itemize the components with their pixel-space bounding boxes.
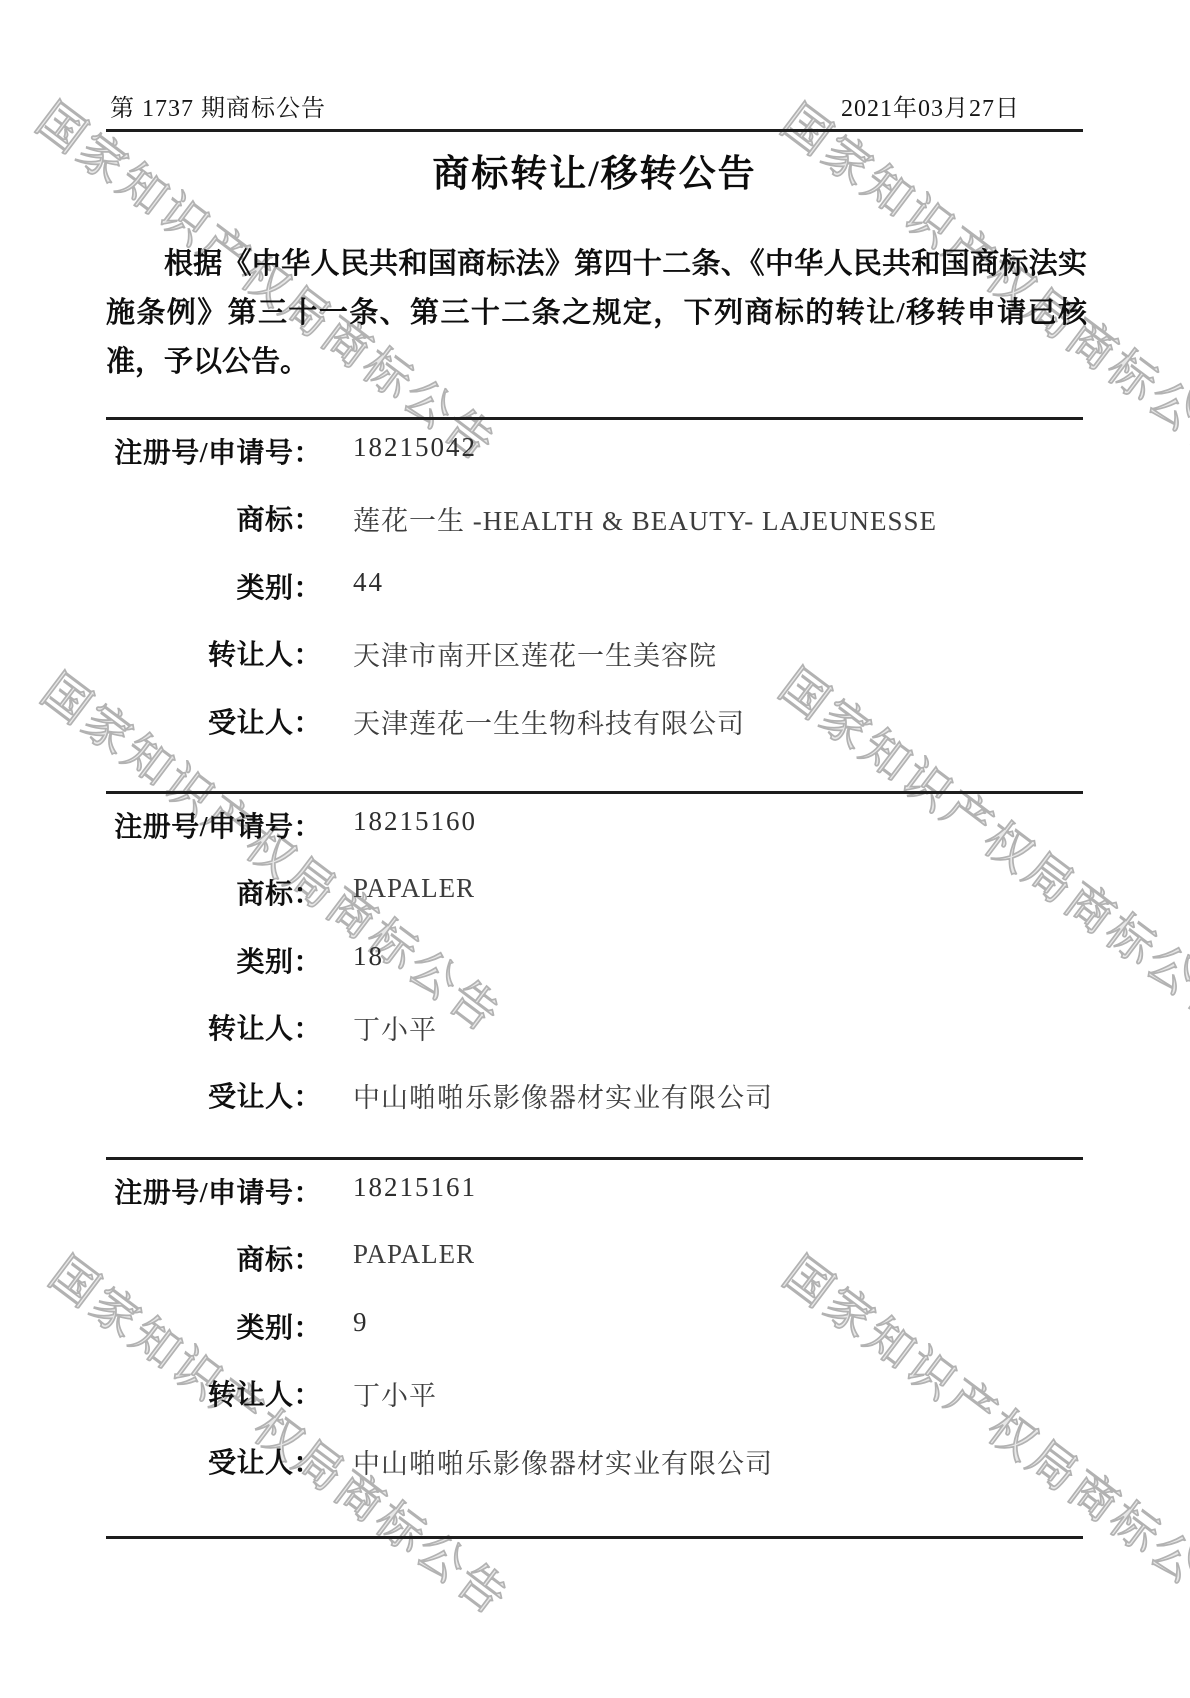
assignee-label: 受让人： — [106, 1075, 322, 1115]
gazette-issue-number: 第 1737 期商标公告 — [110, 88, 326, 123]
trademark-label: 商标： — [106, 1238, 322, 1278]
record-field-assignor: 转让人： 丁小平 — [106, 1007, 1087, 1041]
trademark-label: 商标： — [106, 872, 322, 912]
trademark-value: PAPALER — [353, 873, 475, 904]
class-label: 类别： — [106, 566, 322, 606]
record-field-class: 类别： 18 — [106, 940, 1087, 974]
class-value: 18 — [353, 941, 384, 972]
reg-no-value: 18215042 — [353, 432, 477, 463]
class-value: 44 — [353, 567, 384, 598]
trademark-label: 商标： — [106, 498, 322, 538]
record-field-reg-no: 注册号/申请号： 18215161 — [106, 1171, 1087, 1205]
record-field-assignor: 转让人： 天津市南开区莲花一生美容院 — [106, 633, 1087, 667]
record-field-assignee: 受让人： 中山啪啪乐影像器材实业有限公司 — [106, 1075, 1087, 1109]
reg-no-label: 注册号/申请号： — [106, 1171, 322, 1211]
record-divider — [106, 791, 1083, 794]
record-divider — [106, 1157, 1083, 1160]
record-field-class: 类别： 9 — [106, 1306, 1087, 1340]
record-field-reg-no: 注册号/申请号： 18215042 — [106, 431, 1087, 465]
record-divider — [106, 417, 1083, 420]
record-field-assignee: 受让人： 中山啪啪乐影像器材实业有限公司 — [106, 1441, 1087, 1475]
assignor-value: 丁小平 — [353, 1374, 437, 1413]
bottom-divider — [106, 1536, 1083, 1539]
assignee-value: 中山啪啪乐影像器材实业有限公司 — [353, 1076, 773, 1115]
class-label: 类别： — [106, 940, 322, 980]
trademark-record: 注册号/申请号： 18215161 商标： PAPALER 类别： 9 转让人：… — [106, 1157, 1087, 1531]
record-field-assignor: 转让人： 丁小平 — [106, 1373, 1087, 1407]
trademark-record: 注册号/申请号： 18215042 商标： 莲花一生 -HEALTH & BEA… — [106, 417, 1087, 791]
trademark-value: PAPALER — [353, 1239, 475, 1270]
trademark-record: 注册号/申请号： 18215160 商标： PAPALER 类别： 18 转让人… — [106, 791, 1087, 1165]
record-field-assignee: 受让人： 天津莲花一生生物科技有限公司 — [106, 701, 1087, 735]
class-value: 9 — [353, 1307, 369, 1338]
record-field-class: 类别： 44 — [106, 566, 1087, 600]
assignee-value: 中山啪啪乐影像器材实业有限公司 — [353, 1442, 773, 1481]
gazette-date: 2021年03月27日 — [841, 88, 1020, 123]
reg-no-label: 注册号/申请号： — [106, 805, 322, 845]
record-field-reg-no: 注册号/申请号： 18215160 — [106, 805, 1087, 839]
assignor-value: 丁小平 — [353, 1008, 437, 1047]
reg-no-value: 18215161 — [353, 1172, 477, 1203]
record-field-trademark: 商标： 莲花一生 -HEALTH & BEAUTY- LAJEUNESSE — [106, 498, 1087, 532]
header-divider — [106, 129, 1083, 132]
page-title: 商标转让/移转公告 — [106, 143, 1083, 197]
reg-no-value: 18215160 — [353, 806, 477, 837]
class-label: 类别： — [106, 1306, 322, 1346]
trademark-value: 莲花一生 -HEALTH & BEAUTY- LAJEUNESSE — [353, 499, 937, 538]
record-field-trademark: 商标： PAPALER — [106, 872, 1087, 906]
assignee-label: 受让人： — [106, 1441, 322, 1481]
assignor-label: 转让人： — [106, 1373, 322, 1413]
assignee-value: 天津莲花一生生物科技有限公司 — [353, 702, 745, 741]
assignor-label: 转让人： — [106, 1007, 322, 1047]
assignor-label: 转让人： — [106, 633, 322, 673]
assignor-value: 天津市南开区莲花一生美容院 — [353, 634, 717, 673]
gazette-page: 国家知识产权局商标公告 国家知识产权局商标公告 国家知识产权局商标公告 国家知识… — [0, 0, 1190, 1698]
record-field-trademark: 商标： PAPALER — [106, 1238, 1087, 1272]
reg-no-label: 注册号/申请号： — [106, 431, 322, 471]
assignee-label: 受让人： — [106, 701, 322, 741]
intro-paragraph: 根据《中华人民共和国商标法》第四十二条、《中华人民共和国商标法实施条例》第三十一… — [106, 240, 1087, 387]
